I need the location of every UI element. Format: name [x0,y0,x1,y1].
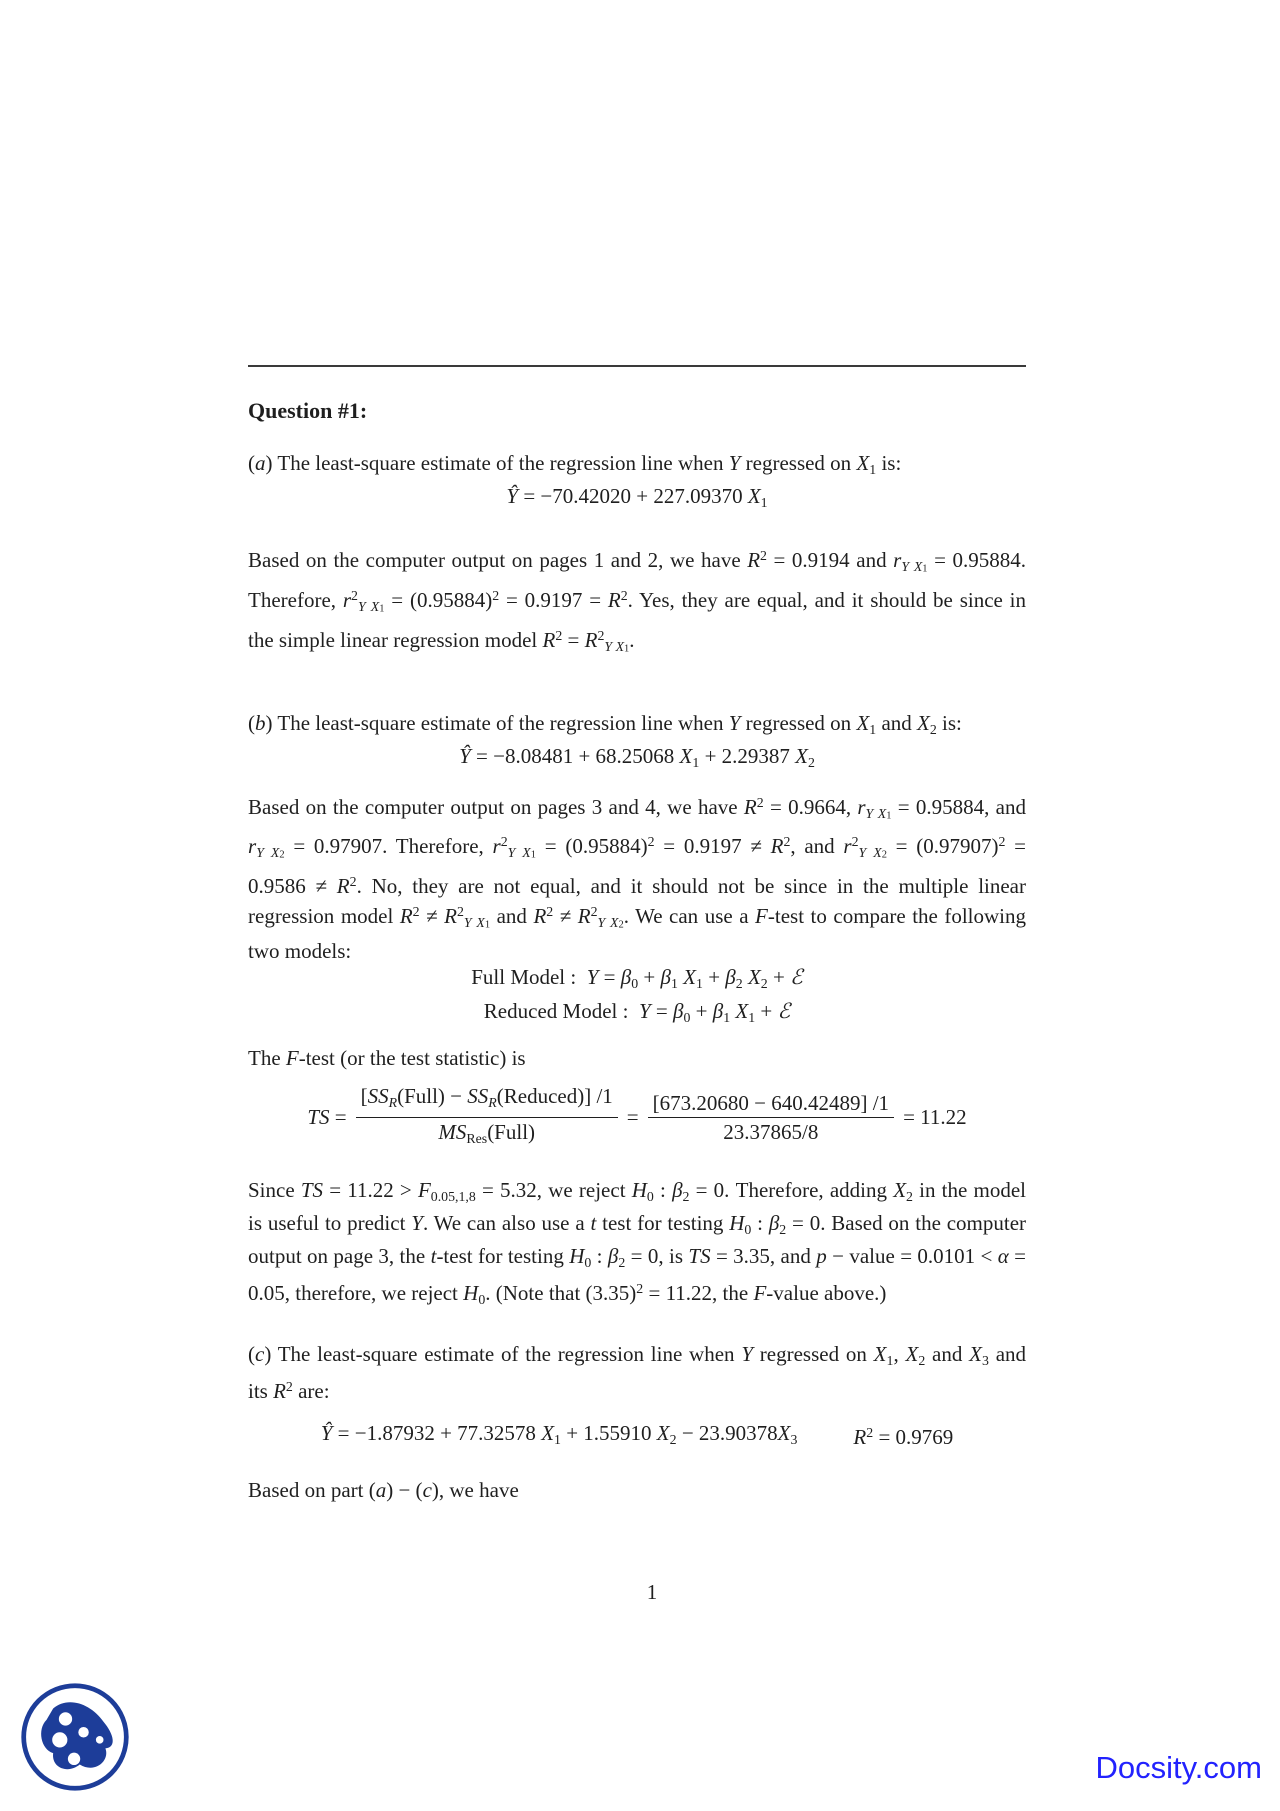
equation-regression-c: Ŷ = −1.87932 + 77.32578 X1 + 1.55910 X2 … [248,1420,1026,1453]
equation-test-statistic: TS = [SSR(Full) − SSR(Reduced)] /1 MSRes… [248,1083,1026,1152]
paragraph-b-body: Based on the computer output on pages 3 … [248,790,1026,965]
equation-c-formula: Ŷ = −1.87932 + 77.32578 X1 + 1.55910 X2 … [321,1420,798,1453]
ts-equals-sign: = [627,1104,639,1130]
ts-fraction-symbolic-denominator: MSRes(Full) [356,1118,618,1152]
ts-lhs: TS = [307,1104,346,1130]
ts-fraction-numeric: [673.20680 − 640.42489] /1 23.37865/8 [648,1090,894,1145]
paragraph-based-on-parts: Based on part (a) − (c), we have [248,1477,1026,1503]
paragraph-f-test-conclusion: Since TS = 11.22 > F0.05,1,8 = 5.32, we … [248,1177,1026,1314]
page-number: 1 [248,1579,1026,1605]
equation-reduced-model: Reduced Model : Y = β0 + β1 X1 + ℰ [248,998,1026,1031]
paragraph-b-intro: (b) The least-square estimate of the reg… [248,710,1026,743]
document-page: Question #1: (a) The least-square estima… [248,352,1026,1605]
docsity-palette-logo-icon [18,1680,132,1794]
docsity-site-link[interactable]: Docsity.com [1095,1750,1262,1786]
paragraph-c-intro: (c) The least-square estimate of the reg… [248,1341,1026,1404]
paragraph-a-body: Based on the computer output on pages 1 … [248,543,1026,662]
question-title: Question #1: [248,398,1026,424]
equation-c-r-squared: R2 = 0.9769 [853,1420,953,1453]
equation-regression-b: Ŷ = −8.08481 + 68.25068 X1 + 2.29387 X2 [248,743,1026,776]
ts-fraction-numeric-numerator: [673.20680 − 640.42489] /1 [648,1090,894,1118]
paragraph-a-intro: (a) The least-square estimate of the reg… [248,450,1026,483]
top-horizontal-rule [248,365,1026,367]
ts-fraction-numeric-denominator: 23.37865/8 [648,1118,894,1145]
ts-fraction-symbolic-numerator: [SSR(Full) − SSR(Reduced)] /1 [356,1083,618,1118]
paragraph-ftest-lead: The F-test (or the test statistic) is [248,1045,1026,1071]
equation-regression-a: Ŷ = −70.42020 + 227.09370 X1 [248,483,1026,516]
ts-result: = 11.22 [903,1104,967,1130]
equation-full-model: Full Model : Y = β0 + β1 X1 + β2 X2 + ℰ [248,964,1026,997]
ts-fraction-symbolic: [SSR(Full) − SSR(Reduced)] /1 MSRes(Full… [356,1083,618,1152]
